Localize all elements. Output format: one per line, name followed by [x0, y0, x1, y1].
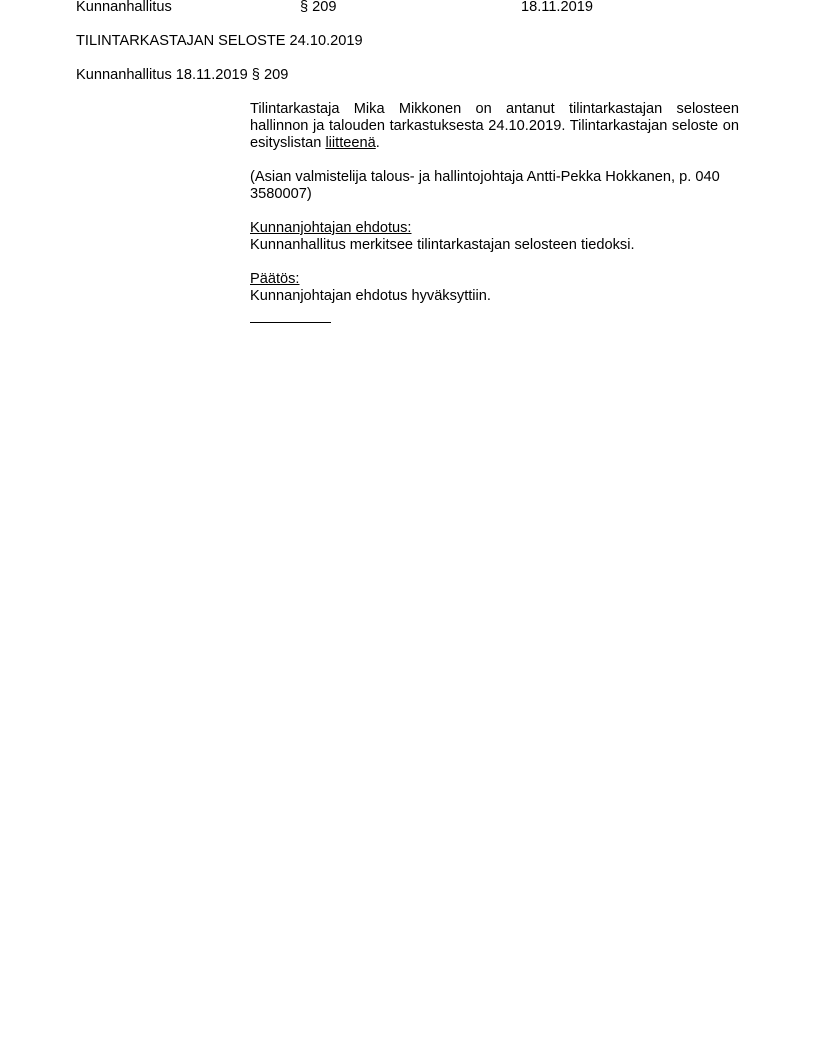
proposal-text: Kunnanhallitus merkitsee tilintarkastaja…	[250, 237, 635, 253]
paragraph-auditor-report: Tilintarkastaja Mika Mikkonen on antanut…	[250, 101, 739, 152]
document-body: Tilintarkastaja Mika Mikkonen on antanut…	[250, 101, 739, 323]
decision-heading: Päätös:	[250, 271, 300, 287]
header-date: 18.11.2019	[521, 0, 593, 16]
document-title: TILINTARKASTAJAN SELOSTE 24.10.2019	[76, 33, 363, 50]
meeting-reference: Kunnanhallitus 18.11.2019 § 209	[76, 67, 288, 84]
proposal-block: Kunnanjohtajan ehdotus: Kunnanhallitus m…	[250, 220, 739, 254]
preparer-note: (Asian valmistelija talous- ja hallintoj…	[250, 169, 739, 203]
decision-block: Päätös: Kunnanjohtajan ehdotus hyväksytt…	[250, 271, 739, 305]
page-header: Kunnanhallitus § 209 18.11.2019	[0, 0, 816, 16]
header-section: § 209	[300, 0, 337, 16]
paragraph-text: Tilintarkastaja Mika Mikkonen on antanut…	[250, 101, 739, 151]
attachment-link[interactable]: liitteenä	[325, 135, 375, 151]
proposal-heading: Kunnanjohtajan ehdotus:	[250, 220, 411, 236]
decision-text: Kunnanjohtajan ehdotus hyväksyttiin.	[250, 288, 491, 304]
end-rule	[250, 322, 331, 323]
header-organ: Kunnanhallitus	[76, 0, 172, 16]
paragraph-end: .	[376, 135, 380, 151]
